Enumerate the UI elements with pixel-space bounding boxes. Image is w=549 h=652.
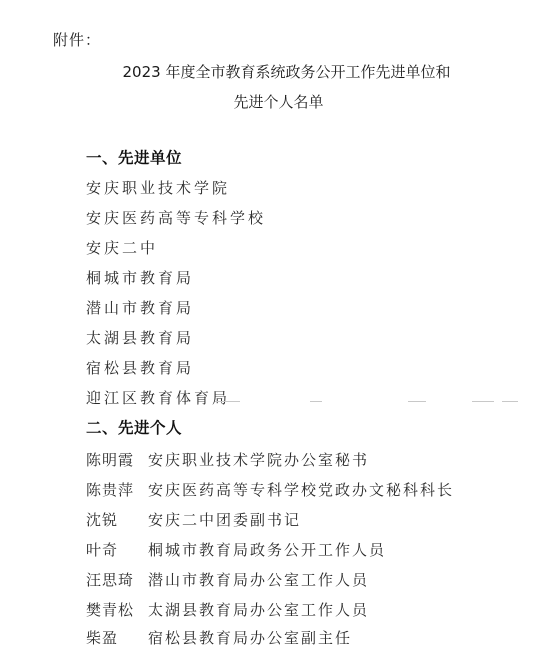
unit-item: 潜山市教育局 <box>86 298 194 318</box>
scan-artifact <box>408 401 426 402</box>
person-title: 安庆二中团委副书记 <box>148 510 301 530</box>
document-title-line-1: 2023 年度全市教育系统政务公开工作先进单位和 <box>12 62 549 82</box>
document-page: 附件： 2023 年度全市教育系统政务公开工作先进单位和 先进个人名单 一、先进… <box>0 0 549 652</box>
person-title: 潜山市教育局办公室工作人员 <box>148 570 369 590</box>
unit-item: 宿松县教育局 <box>86 358 194 378</box>
unit-item: 迎江区教育体育局 <box>86 388 230 408</box>
attachment-label: 附件： <box>53 30 101 50</box>
person-name: 樊青松 <box>86 600 148 620</box>
person-title: 宿松县教育局办公室副主任 <box>148 628 352 648</box>
unit-item: 安庆职业技术学院 <box>86 178 230 198</box>
scan-artifact <box>215 401 240 402</box>
unit-item: 桐城市教育局 <box>86 268 194 288</box>
unit-item: 安庆医药高等专科学校 <box>86 208 266 228</box>
scan-artifact <box>472 401 494 402</box>
person-name: 汪思琦 <box>86 570 148 590</box>
person-name: 陈明霞 <box>86 450 148 470</box>
person-title: 桐城市教育局政务公开工作人员 <box>148 540 386 560</box>
person-name: 沈锐 <box>86 510 148 530</box>
person-name: 陈贵萍 <box>86 480 148 500</box>
person-title: 太湖县教育局办公室工作人员 <box>148 600 369 620</box>
person-title: 安庆医药高等专科学校党政办文秘科科长 <box>148 480 454 500</box>
section-heading-units: 一、先进单位 <box>86 148 182 168</box>
document-title-line-2: 先进个人名单 <box>4 92 549 112</box>
scan-artifact <box>310 401 322 402</box>
person-name: 叶奇 <box>86 540 148 560</box>
section-heading-individuals: 二、先进个人 <box>86 418 182 438</box>
unit-item: 太湖县教育局 <box>86 328 194 348</box>
unit-item: 安庆二中 <box>86 238 158 258</box>
person-title: 安庆职业技术学院办公室秘书 <box>148 450 369 470</box>
person-name: 柴盈 <box>86 628 148 648</box>
scan-artifact <box>502 401 518 402</box>
